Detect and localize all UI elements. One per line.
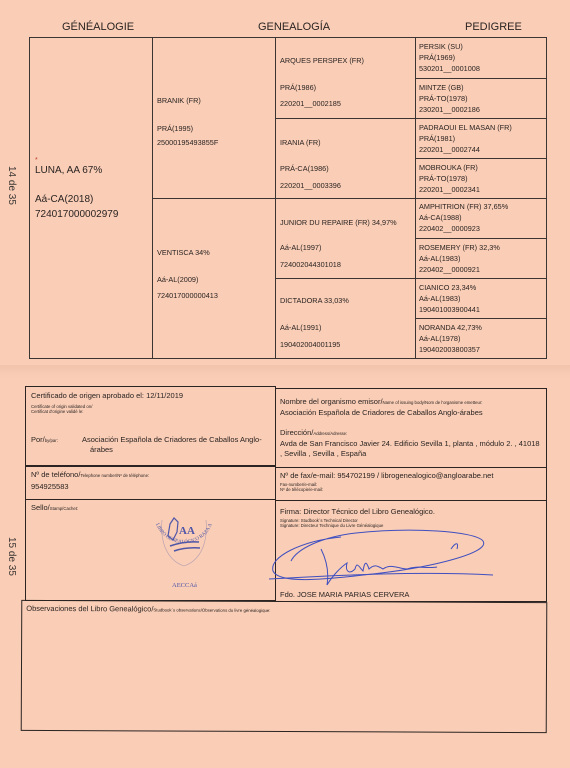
signed-name: Fdo. JOSE MARIA PARIAS CERVERA <box>280 590 409 599</box>
issuer-label: Nombre del organismo emisor/Name of issu… <box>280 397 482 406</box>
great-grandparent-id: 190401003900441 <box>419 305 480 316</box>
great-grandparent-id: 230201__0002186 <box>419 105 480 116</box>
grandparent-breed-year: Aá-AL(1991) <box>280 323 321 334</box>
subject-breed-year: Aá-CA(2018) <box>35 195 93 206</box>
fax-label: Nº de fax/e-mail: 954702199 / librogenea… <box>280 471 493 480</box>
observations-label: Observaciones del Libro Genealógico/Stud… <box>26 604 270 614</box>
great-grandparent-name: NORANDA 42,73% <box>419 323 482 334</box>
grandparent-name: ARQUES PERSPEX (FR) <box>280 56 364 67</box>
great-grandparent-cell: PERSIK (SU) PRÁ(1969) 530201__0001008 <box>415 38 546 79</box>
observations-box: Observaciones del Libro Genealógico/Stud… <box>21 600 548 733</box>
stamp-bottom-text: AECCAá <box>172 582 197 589</box>
studbook-stamp: AA LIBRO GENEALÓGICO RAZA ANGLO-ÁRABE AE… <box>144 510 224 592</box>
fax-value: 954702199 / librogenealogico@angloarabe.… <box>337 471 493 480</box>
great-grandparent-name: ROSEMERY (FR) 32,3% <box>419 243 500 254</box>
header-english: PEDIGREE <box>465 21 522 33</box>
stamp-label: Sello/Stamp/Cachet: <box>31 503 78 512</box>
great-grandparent-cell: NORANDA 42,73% Aá-AL(1978) 1904020038003… <box>415 318 546 358</box>
address-label: Dirección/Address/Adresse: <box>280 428 347 437</box>
great-grandparent-id: 530201__0001008 <box>419 64 480 75</box>
dam-name: VENTISCA 34% <box>157 248 210 259</box>
by-value-line1: Asociación Española de Criadores de Caba… <box>82 435 262 444</box>
stamp-seal-icon: AA LIBRO GENEALÓGICO RAZA ANGLO-ÁRABE <box>144 510 224 580</box>
stamp-box: Sello/Stamp/Cachet: AA LIBRO GENEALÓGICO… <box>25 499 276 601</box>
grandparent-breed-year: PRÁ-CA(1986) <box>280 164 329 175</box>
svg-text:AA: AA <box>179 525 195 537</box>
grandparent-breed-year: Aá-AL(1997) <box>280 243 321 254</box>
issuer-value: Asociación Española de Criadores de Caba… <box>280 408 483 417</box>
great-grandparent-breed-year: Aá-AL(1978) <box>419 334 460 345</box>
great-grandparent-cell: ROSEMERY (FR) 32,3% Aá-AL(1983) 220402__… <box>415 238 546 279</box>
great-grandparent-breed-year: Aá-AL(1983) <box>419 294 460 305</box>
issuer-box: Nombre del organismo emisor/Name of issu… <box>275 388 547 468</box>
grandparent-cell: DICTADORA 33,03% Aá-AL(1991) 19040200400… <box>275 278 416 358</box>
handwritten-signature-icon <box>261 509 521 599</box>
great-grandparent-breed-year: Aá-CA(1988) <box>419 213 462 224</box>
grandparent-breed-year: PRÁ(1986) <box>280 83 316 94</box>
page-fold <box>0 365 570 379</box>
great-grandparent-id: 220201__0002744 <box>419 145 480 156</box>
dam-cell: VENTISCA 34% Aá-AL(2009) 724017000000413 <box>152 198 276 358</box>
great-grandparent-cell: PADRAOUI EL MASAN (FR) PRÁ(1981) 220201_… <box>415 118 546 159</box>
grandparent-name: IRANIA (FR) <box>280 138 321 149</box>
fax-box: Nº de fax/e-mail: 954702199 / librogenea… <box>275 467 547 501</box>
great-grandparent-name: PADRAOUI EL MASAN (FR) <box>419 123 512 134</box>
signature-box: Firma: Director Técnico del Libro Geneal… <box>275 500 547 602</box>
grandparent-name: JUNIOR DU REPAIRE (FR) 34,97% <box>280 218 397 229</box>
grandparent-id: 724002044301018 <box>280 260 341 271</box>
great-grandparent-cell: CIANICO 23,34% Aá-AL(1983) 1904010039004… <box>415 278 546 319</box>
approved-fr: Certificat d'origine validé le: <box>31 409 83 414</box>
dam-id: 724017000000413 <box>157 291 218 302</box>
great-grandparent-id: 220402__0000923 <box>419 224 480 235</box>
pedigree-table: * LUNA, AA 67% Aá-CA(2018) 7240170000029… <box>29 37 547 359</box>
subject-cell: * LUNA, AA 67% Aá-CA(2018) 7240170000029… <box>30 38 153 358</box>
great-grandparent-cell: AMPHITRION (FR) 37,65% Aá-CA(1988) 22040… <box>415 198 546 239</box>
certificate-approved-box: Certificado de origen aprobado el: 12/11… <box>25 386 276 466</box>
fax-small-2: Nº de télécopie/e-mail: <box>280 487 323 492</box>
grandparent-cell: JUNIOR DU REPAIRE (FR) 34,97% Aá-AL(1997… <box>275 198 416 279</box>
page-number-bottom: 15 de 35 <box>6 537 17 576</box>
phone-label: Nº de teléfono/Telephone number/Nº de té… <box>31 470 149 479</box>
great-grandparent-cell: MINTZE (GB) PRÁ-TO(1978) 230201__0002186 <box>415 78 546 119</box>
great-grandparent-name: MOBROUKA (FR) <box>419 163 478 174</box>
great-grandparent-name: PERSIK (SU) <box>419 42 463 53</box>
great-grandparent-id: 220402__0000921 <box>419 265 480 276</box>
by-label: Por/by/par: <box>31 435 58 444</box>
sire-name: BRANIK (FR) <box>157 96 201 107</box>
header-spanish: GENEALOGÍA <box>258 21 330 33</box>
great-grandparent-id: 220201__0002341 <box>419 185 480 196</box>
grandparent-cell: ARQUES PERSPEX (FR) PRÁ(1986) 220201__00… <box>275 38 416 119</box>
grandparent-id: 220201__0002185 <box>280 99 341 110</box>
sire-breed-year: PRÁ(1995) <box>157 124 193 135</box>
approved-date: 12/11/2019 <box>146 391 183 400</box>
grandparent-id: 190402004001195 <box>280 340 340 351</box>
great-grandparent-id: 190402003800357 <box>419 345 480 356</box>
address-line2: , Sevilla , Sevilla , España <box>280 449 366 458</box>
by-value-line2: árabes <box>90 445 113 454</box>
great-grandparent-breed-year: PRÁ(1969) <box>419 53 455 64</box>
grandparent-cell: IRANIA (FR) PRÁ-CA(1986) 220201__0003396 <box>275 118 416 199</box>
phone-box: Nº de teléfono/Telephone number/Nº de té… <box>25 466 276 500</box>
sire-id: 25000195493855F <box>157 138 218 149</box>
great-grandparent-name: MINTZE (GB) <box>419 83 464 94</box>
great-grandparent-breed-year: PRÁ-TO(1978) <box>419 174 468 185</box>
approved-label: Certificado de origen aprobado el: 12/11… <box>31 391 183 400</box>
great-grandparent-breed-year: PRÁ(1981) <box>419 134 455 145</box>
sire-cell: BRANIK (FR) PRÁ(1995) 25000195493855F <box>152 38 276 199</box>
great-grandparent-name: CIANICO 23,34% <box>419 283 476 294</box>
great-grandparent-breed-year: PRÁ-TO(1978) <box>419 94 468 105</box>
header-french: GÉNÉALOGIE <box>62 21 134 33</box>
great-grandparent-breed-year: Aá-AL(1983) <box>419 254 460 265</box>
great-grandparent-cell: MOBROUKA (FR) PRÁ-TO(1978) 220201__00023… <box>415 158 546 199</box>
grandparent-name: DICTADORA 33,03% <box>280 296 349 307</box>
grandparent-id: 220201__0003396 <box>280 181 341 192</box>
subject-id: 724017000002979 <box>35 210 118 221</box>
phone-value: 954925583 <box>31 482 69 491</box>
subject-name: LUNA, AA 67% <box>35 166 102 177</box>
great-grandparent-name: AMPHITRION (FR) 37,65% <box>419 202 508 213</box>
dam-breed-year: Aá-AL(2009) <box>157 275 198 286</box>
page-number-top: 14 de 35 <box>6 166 17 205</box>
address-line1: Avda de San Francisco Javier 24. Edifici… <box>280 439 540 448</box>
